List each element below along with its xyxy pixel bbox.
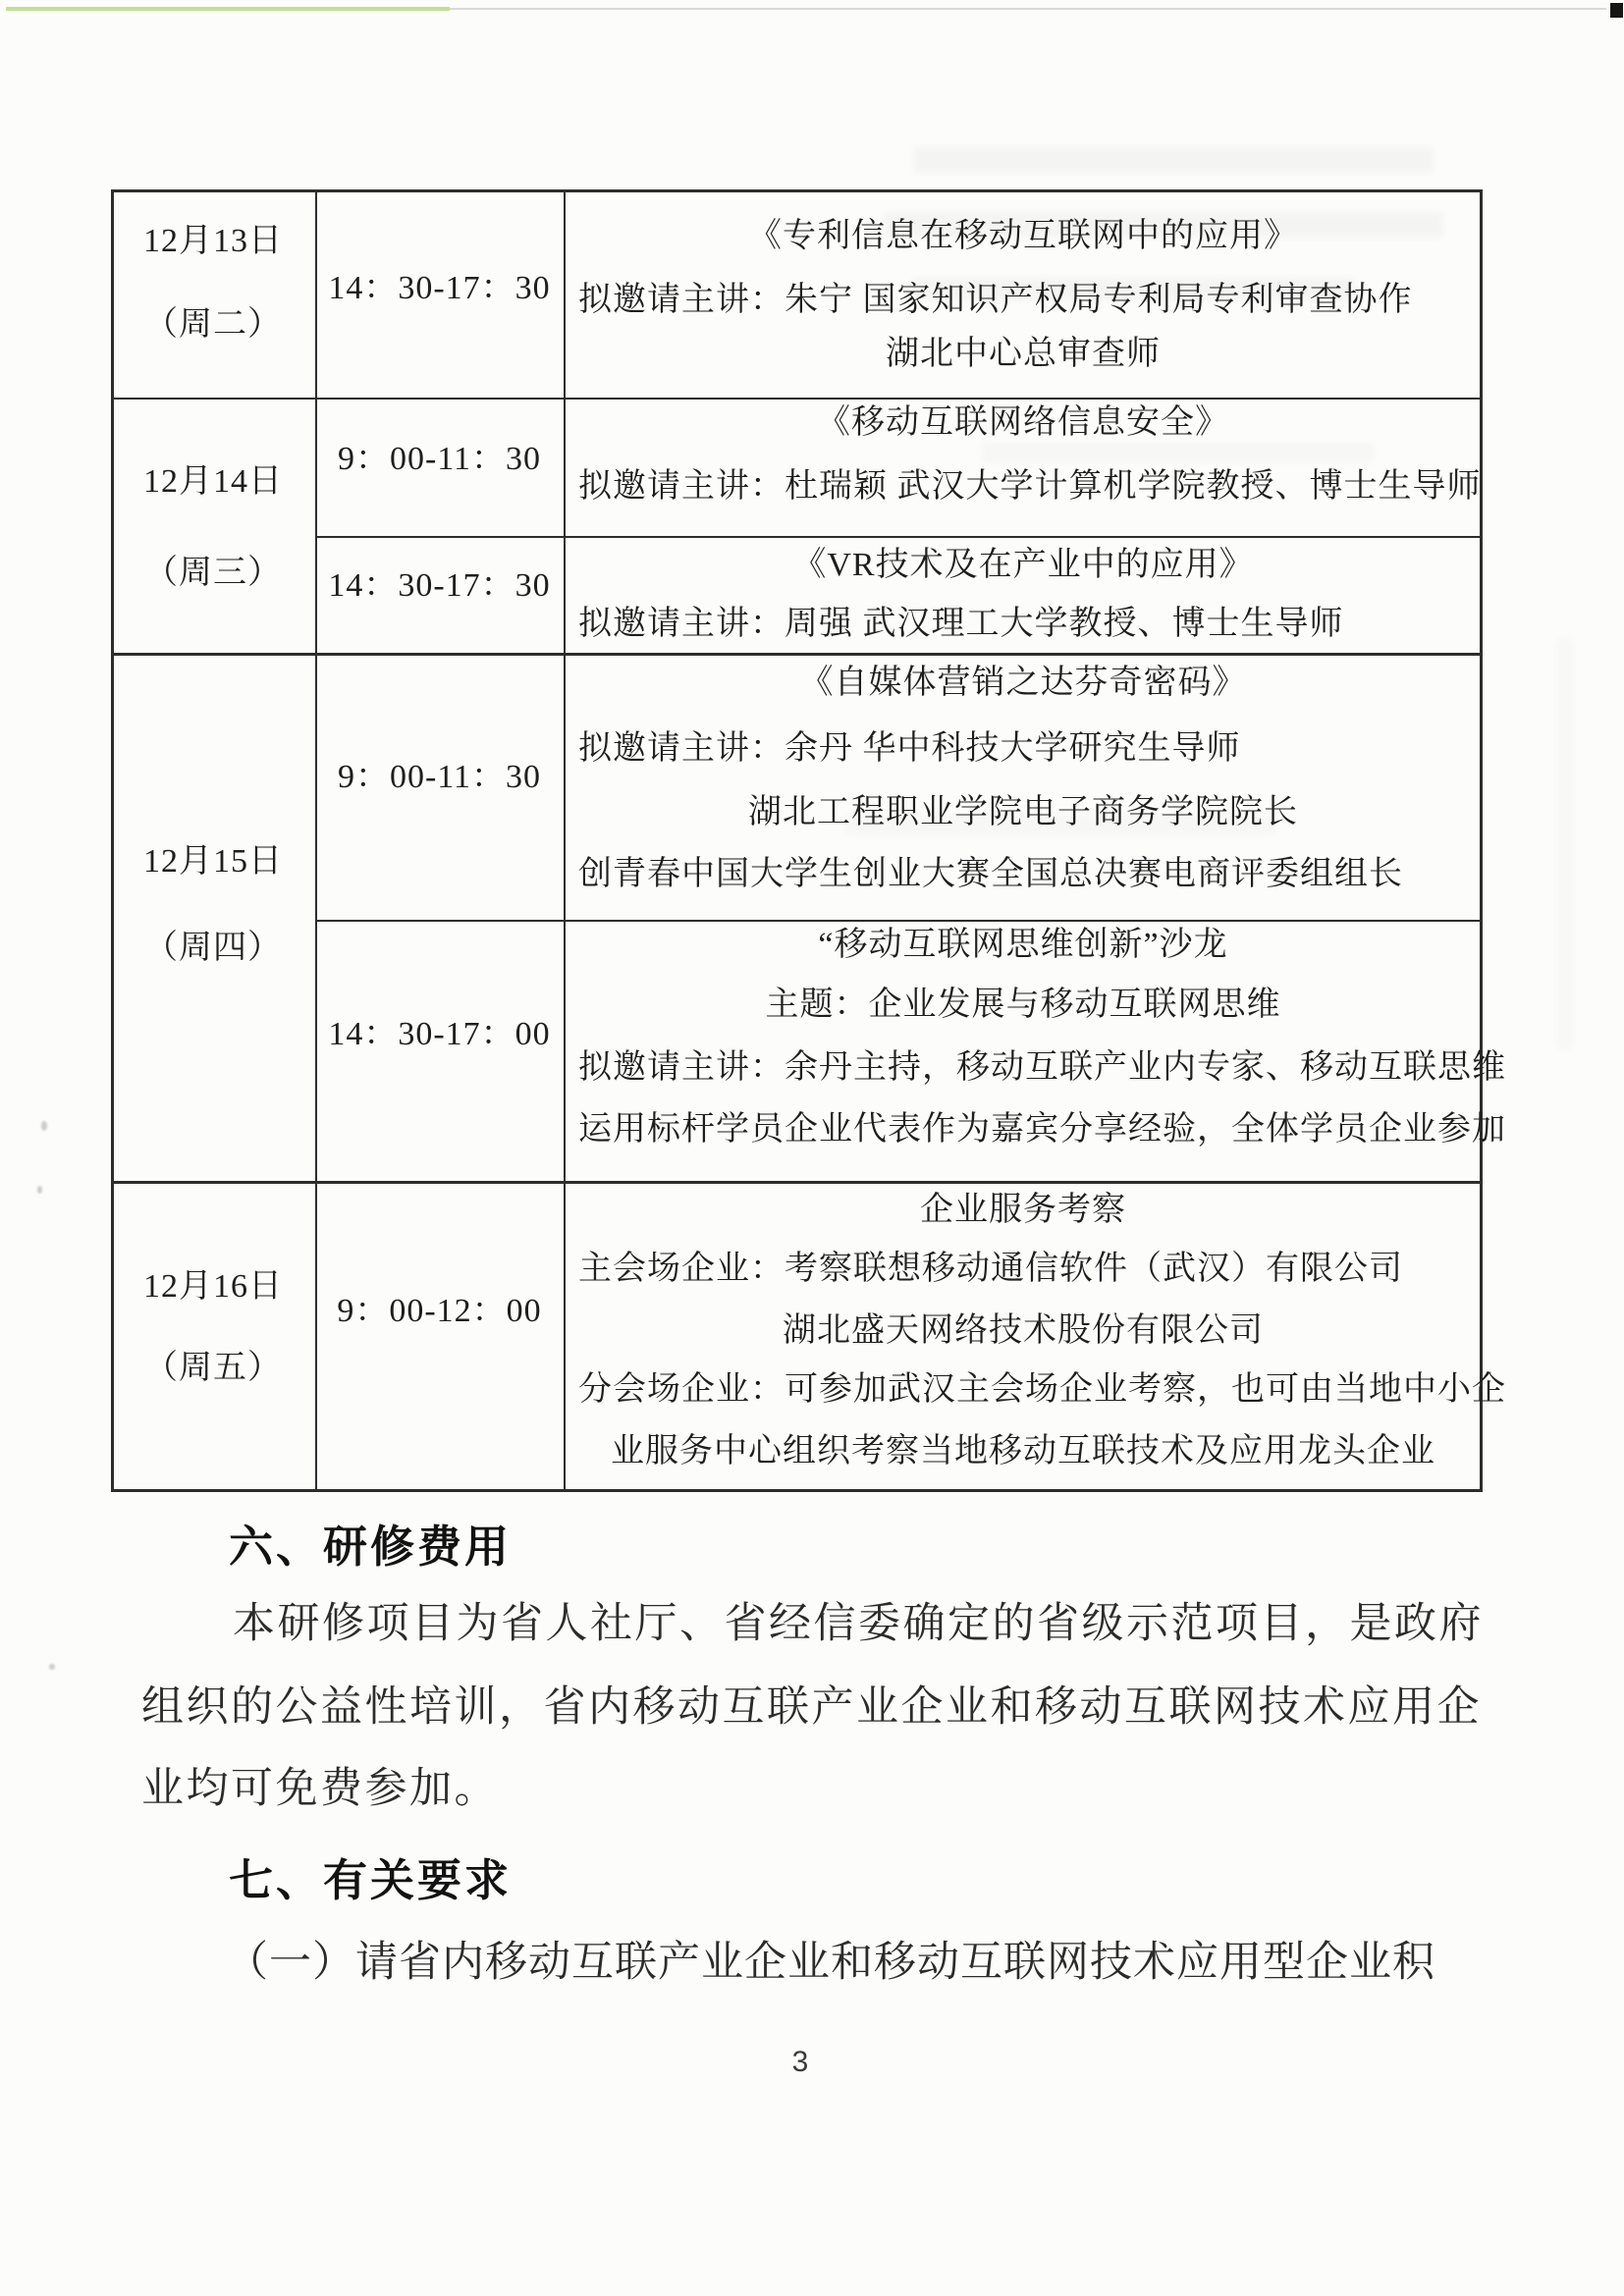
course-detail: 拟邀请主讲：朱宁 国家知识产权局专利局专利审查协作 bbox=[578, 279, 1413, 322]
course-detail: 分会场企业：可参加武汉主会场企业考察，也可由当地中小企 bbox=[578, 1368, 1506, 1412]
course-detail: 拟邀请主讲：余丹主持，移动互联产业内专家、移动互联思维 bbox=[578, 1046, 1506, 1090]
scan-speck bbox=[37, 1186, 42, 1194]
course-detail: 运用标杆学员企业代表作为嘉宾分享经验，全体学员企业参加 bbox=[578, 1108, 1506, 1151]
paragraph-line: 业均可免费参加。 bbox=[141, 1762, 499, 1817]
date-cell-line: 12月13日 bbox=[111, 220, 315, 263]
time-cell: 14：30-17：30 bbox=[315, 267, 564, 310]
course-title: 《移动互联网络信息安全》 bbox=[567, 401, 1480, 445]
bleedthrough-smudge bbox=[1556, 638, 1574, 1050]
course-title: 企业服务考察 bbox=[567, 1189, 1480, 1232]
page-number: 3 bbox=[751, 2046, 849, 2079]
course-detail: 拟邀请主讲：杜瑞颖 武汉大学计算机学院教授、博士生导师 bbox=[578, 465, 1482, 508]
time-cell: 9：00-11：30 bbox=[315, 756, 564, 799]
scan-edge-line-green bbox=[6, 7, 450, 11]
course-title: 《专利信息在移动互联网中的应用》 bbox=[567, 215, 1480, 258]
table-grid-line bbox=[564, 192, 566, 1489]
time-cell: 14：30-17：30 bbox=[315, 564, 564, 608]
time-cell: 14：30-17：00 bbox=[315, 1013, 564, 1056]
course-detail: 湖北盛天网络技术股份有限公司 bbox=[567, 1309, 1480, 1353]
section-heading-requirements: 七、有关要求 bbox=[229, 1856, 512, 1905]
course-detail: 主会场企业：考察联想移动通信软件（武汉）有限公司 bbox=[578, 1248, 1403, 1291]
date-cell-line: 12月16日 bbox=[111, 1265, 315, 1308]
course-title: 《自媒体营销之达芬奇密码》 bbox=[567, 662, 1480, 705]
table-grid-line bbox=[315, 536, 1480, 538]
table-grid-line bbox=[114, 653, 1480, 656]
table-grid-line bbox=[315, 920, 1480, 922]
course-detail: 业服务中心组织考察当地移动互联技术及应用龙头企业 bbox=[567, 1430, 1480, 1473]
table-grid-line bbox=[114, 398, 1480, 400]
course-detail: 湖北工程职业学院电子商务学院院长 bbox=[567, 791, 1480, 834]
date-cell-line: 12月15日 bbox=[111, 840, 315, 883]
date-cell-line: （周二） bbox=[111, 303, 315, 347]
table-grid-line bbox=[114, 1181, 1480, 1184]
course-detail: 创青春中国大学生创业大赛全国总决赛电商评委组组长 bbox=[578, 853, 1403, 896]
paragraph-line: （一）请省内移动互联产业企业和移动互联网技术应用型企业积 bbox=[226, 1936, 1435, 1991]
time-cell: 9：00-12：00 bbox=[315, 1290, 564, 1333]
scan-edge-line-gray bbox=[450, 8, 1606, 10]
time-cell: 9：00-11：30 bbox=[315, 438, 564, 481]
course-detail: 拟邀请主讲：周强 武汉理工大学教授、博士生导师 bbox=[578, 603, 1344, 646]
scan-speck bbox=[49, 1664, 55, 1670]
date-cell-line: （周三） bbox=[111, 552, 315, 595]
course-detail: 主题：企业发展与移动互联网思维 bbox=[567, 984, 1480, 1027]
scan-speck bbox=[41, 1121, 47, 1131]
date-cell-line: （周五） bbox=[111, 1347, 315, 1390]
course-title: “移动互联网思维创新”沙龙 bbox=[567, 924, 1480, 967]
course-detail: 拟邀请主讲：余丹 华中科技大学研究生导师 bbox=[578, 727, 1241, 771]
paragraph-line: 本研修项目为省人社厅、省经信委确定的省级示范项目，是政府 bbox=[233, 1597, 1484, 1652]
scan-corner-mark bbox=[1610, 3, 1623, 18]
course-detail: 湖北中心总审查师 bbox=[567, 333, 1480, 376]
scanned-document-page: { "table": { "dates": [ {"line1": "12月13… bbox=[0, 0, 1624, 2296]
course-title: 《VR技术及在产业中的应用》 bbox=[567, 544, 1480, 587]
date-cell-line: 12月14日 bbox=[111, 460, 315, 504]
date-cell-line: （周四） bbox=[111, 927, 315, 970]
section-heading-fee: 六、研修费用 bbox=[229, 1522, 512, 1572]
bleedthrough-smudge bbox=[913, 147, 1434, 173]
paragraph-line: 组织的公益性培训，省内移动互联产业企业和移动互联网技术应用企 bbox=[141, 1681, 1482, 1735]
